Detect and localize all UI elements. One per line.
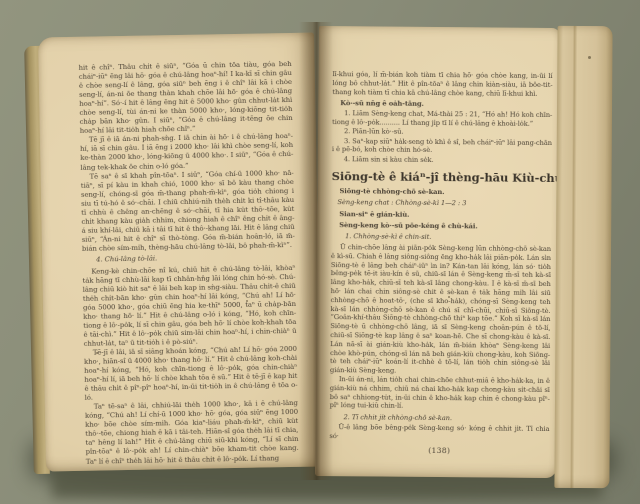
list-item: 4. Liām sin si kàu chin se̍k. [332, 155, 552, 166]
right-page-number: (138) [329, 446, 549, 457]
left-page-text: hit ê chîⁿ. Thâu chi̍t ê siūⁿ, “Góa ū ch… [38, 33, 322, 472]
paragraph: Keng-kè chin-chōe nî kú, chiū hit ê chú-… [82, 263, 296, 348]
section-heading-text: Siōng-tè ê kiáⁿ-jî thèng-hāu Kiù-chú [332, 170, 560, 185]
right-page-edge-stack [554, 26, 612, 488]
book-photo-scene: hit ê chîⁿ. Thâu chi̍t ê siūⁿ, “Góa ū ch… [0, 0, 640, 504]
list-item: 3. Saⁿ-kap siūⁿ ha̍k-seng tò khì ê sî, b… [332, 137, 552, 157]
subheading: Siōng-tè chhòng-chō sè-kan. [331, 188, 551, 199]
right-page: lī-khui góa, lí m̄-bián koh tiàm tī chia… [315, 26, 560, 478]
scripture-reference: Sèng-keng chat : Chhòng-sè-kì 1—2 : 3 [331, 198, 551, 209]
paragraph: lī-khui góa, lí m̄-bián koh tiàm tī chia… [332, 70, 552, 98]
subheading: Sian-siⁿ ê gián-kiù. [331, 210, 551, 221]
paper-speck [588, 56, 591, 59]
left-page: hit ê chîⁿ. Thâu chi̍t ê siūⁿ, “Góa ū ch… [38, 33, 322, 472]
list-item: 2. Tī chhit ji̍t chhòng-chō sè-kan. [330, 413, 550, 424]
list-item: 1. Chhòng-sè-kì ê chin-sit. [331, 232, 551, 243]
paper-speck [448, 296, 450, 298]
paragraph: Ū chin-chōe lâng ài piān-po̍k Sèng-keng … [330, 243, 551, 377]
left-page-blocks: hit ê chîⁿ. Thâu chi̍t ê siūⁿ, “Góa ū ch… [79, 60, 299, 466]
paragraph: In-ūi án-ni, lán tio̍h chai chin-chōe ch… [330, 375, 550, 412]
list-item: 1. Liām Sèng-keng chat, Má-thài 25 : 21,… [332, 109, 552, 129]
paragraph: Tē jī ê iā án-ni phah-sǹg. I iā chin ài … [80, 132, 294, 172]
paper-speck [246, 300, 248, 302]
paragraph: Tē saⁿ ê sī khah pîn-tōaⁿ. I siūⁿ, “Góa … [81, 168, 295, 253]
right-page-blocks: lī-khui góa, lí m̄-bián koh tiàm tī chia… [329, 70, 552, 443]
paper-speck [96, 352, 98, 354]
subheading: Sèng-keng kò·-sū pōe-kéng ê chù-kái. [331, 221, 551, 232]
paragraph: Tē-jī ê lâi, iā sī siâng khoán kóng, “Ch… [84, 345, 298, 403]
paragraph: Taⁿ tē-saⁿ ê lâi, chhiú-lāi the̍h 1000 k… [85, 399, 299, 466]
subheading: Kò·-sū nn̄g ê oa̍h-tāng. [332, 99, 552, 110]
right-page-text: lī-khui góa, lí m̄-bián koh tiàm tī chia… [315, 26, 560, 478]
paragraph: Ū-ê lâng bōe bêng-pe̍k Sèng-keng só· kón… [329, 423, 549, 443]
paragraph: hit ê chîⁿ. Thâu chi̍t ê siūⁿ, “Góa ū ch… [79, 60, 293, 136]
section-heading: Siōng-tè ê kiáⁿ-jî thèng-hāu Kiù-chú(1) [332, 170, 552, 185]
